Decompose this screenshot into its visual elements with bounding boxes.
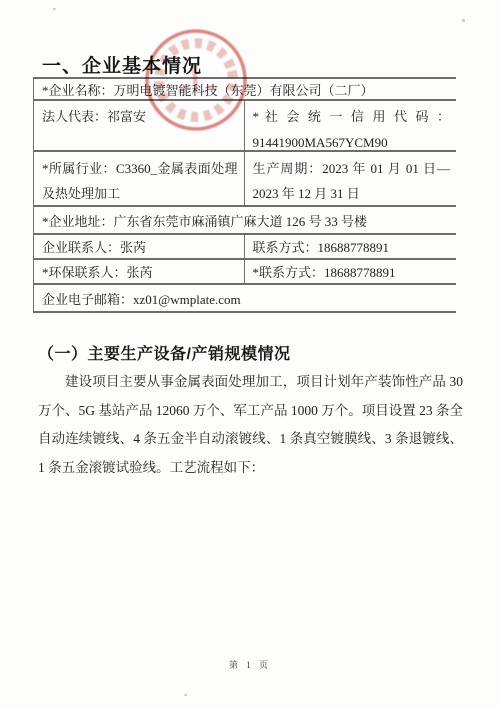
scan-noise-speck xyxy=(462,19,465,22)
credit-code-label: * 社 会 统 一 信 用 代 码 ： xyxy=(253,105,451,129)
cell-enterprise-address: *企业地址：广东省东莞市麻涌镇广麻大道 126 号 33 号楼 xyxy=(34,207,456,233)
table-row-enterprise-contact: 企业联系人：张芮 联系方式：18688778891 xyxy=(34,235,456,260)
table-row-enterprise-name: *企业名称：万明电镀智能科技（东莞）有限公司（二厂） xyxy=(34,79,456,101)
cell-contact-person: 企业联系人：张芮 xyxy=(34,235,244,258)
table-row-environmental-contact: *环保联系人：张芮 *联系方式：18688778891 xyxy=(34,260,456,285)
scan-noise-speck xyxy=(53,8,56,10)
section-title-enterprise-basic-info: 一、企业基本情况 xyxy=(42,51,202,78)
cell-enterprise-name: *企业名称：万明电镀智能科技（东莞）有限公司（二厂） xyxy=(34,79,456,99)
cell-unified-credit-code: * 社 会 统 一 信 用 代 码 ： 91441900MA567YCM90 xyxy=(244,101,457,150)
cell-legal-representative: 法人代表：祁富安 xyxy=(34,101,244,150)
scan-noise-speck xyxy=(184,694,187,696)
cell-env-contact-phone: *联系方式：18688778891 xyxy=(244,260,457,283)
cell-enterprise-email: 企业电子邮箱：xz01@wmplate.com xyxy=(34,285,456,311)
cell-contact-phone: 联系方式：18688778891 xyxy=(244,235,457,258)
cell-env-contact-person: *环保联系人：张芮 xyxy=(34,260,244,283)
page-number-footer: 第 1 页 xyxy=(0,658,500,671)
project-description-paragraph: 建设项目主要从事金属表面处理加工，项目计划年产装饰性产品 30 万个、5G 基站… xyxy=(38,368,463,482)
table-row-industry-production-period: *所属行业：C3360_金属表面处理及热处理加工 生产周期：2023 年 01 … xyxy=(34,152,456,207)
credit-code-value: 91441900MA567YCM90 xyxy=(253,129,451,150)
scanned-document-page: 一、企业基本情况 *企业名称：万明电镀智能科技（东莞）有限公司（二厂） 法人代表… xyxy=(0,0,500,707)
cell-production-period: 生产周期：2023 年 01 月 01 日—2023 年 12 月 31 日 xyxy=(244,152,457,205)
cell-industry: *所属行业：C3360_金属表面处理及热处理加工 xyxy=(34,152,244,205)
section-title-production-equipment-scale: （一）主要生产设备/产销规模情况 xyxy=(38,341,290,364)
table-row-legal-rep-credit-code: 法人代表：祁富安 * 社 会 统 一 信 用 代 码 ： 91441900MA5… xyxy=(34,101,456,152)
table-row-enterprise-address: *企业地址：广东省东莞市麻涌镇广麻大道 126 号 33 号楼 xyxy=(34,207,456,235)
enterprise-info-table: *企业名称：万明电镀智能科技（东莞）有限公司（二厂） 法人代表：祁富安 * 社 … xyxy=(33,77,456,313)
table-row-enterprise-email: 企业电子邮箱：xz01@wmplate.com xyxy=(34,285,456,313)
